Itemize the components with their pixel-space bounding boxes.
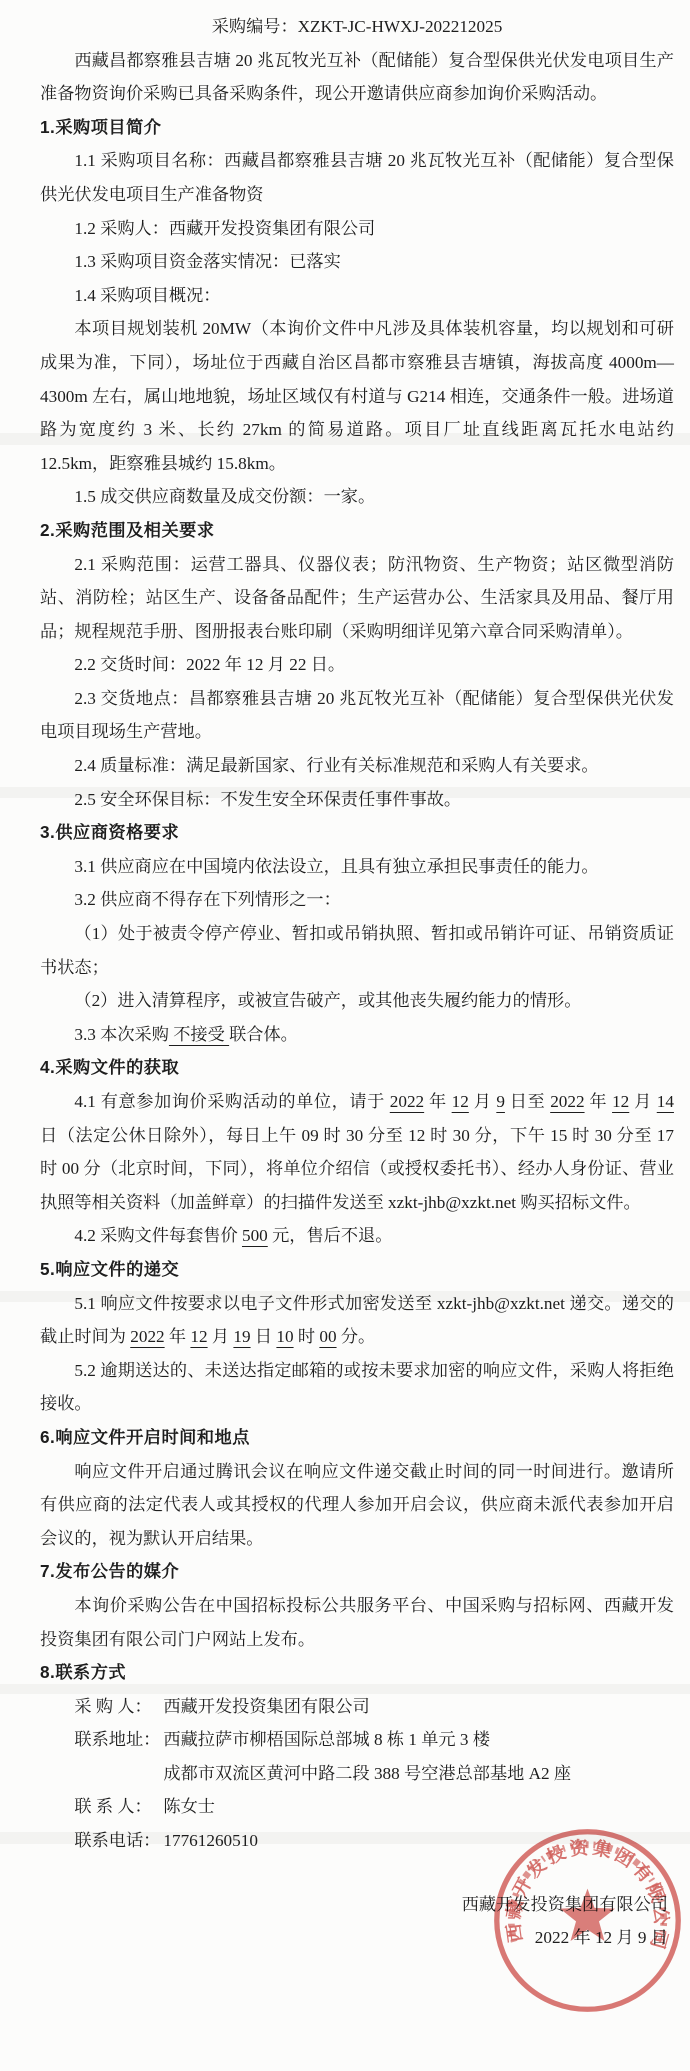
underlined-value: 12	[612, 1092, 629, 1111]
paragraph: 5.1 响应文件按要求以电子文件形式加密发送至 xzkt-jhb@xzkt.ne…	[40, 1287, 674, 1354]
contact-row: 联 系 人：陈女士	[40, 1790, 674, 1824]
text-run: 时	[294, 1327, 320, 1346]
text-run: 响应文件开启通过腾讯会议在响应文件递交截止时间的同一时间进行。邀请所有供应商的法…	[40, 1462, 674, 1548]
underlined-value: 14	[657, 1092, 674, 1111]
section-heading: 6.响应文件开启时间和地点	[40, 1421, 674, 1455]
contact-value: 17761260510	[163, 1831, 258, 1850]
text-run: 1.5 成交供应商数量及成交份额：一家。	[74, 487, 375, 506]
text-run: 元，售后不退。	[268, 1226, 393, 1245]
paragraph: 3.1 供应商应在中国境内依法设立，且具有独立承担民事责任的能力。	[40, 850, 674, 884]
text-run: 1.4 采购项目概况：	[74, 286, 220, 305]
paragraph: 4.1 有意参加询价采购活动的单位，请于 2022 年 12 月 9 日至 20…	[40, 1085, 674, 1219]
underlined-value: 12	[452, 1092, 469, 1111]
text-run: 月	[208, 1327, 234, 1346]
paragraph: 1.1 采购项目名称：西藏昌都察雅县吉塘 20 兆瓦牧光互补（配储能）复合型保供…	[40, 144, 674, 211]
paragraph: 2.1 采购范围：运营工器具、仪器仪表；防汛物资、生产物资；站区微型消防站、消防…	[40, 548, 674, 649]
paragraph: 响应文件开启通过腾讯会议在响应文件递交截止时间的同一时间进行。邀请所有供应商的法…	[40, 1455, 674, 1556]
section-heading: 2.采购范围及相关要求	[40, 514, 674, 548]
paragraph: 1.4 采购项目概况：	[40, 279, 674, 313]
section-heading: 8.联系方式	[40, 1656, 674, 1690]
text-run: 3.2 供应商不得存在下列情形之一：	[74, 890, 340, 909]
document-body: 西藏昌都察雅县吉塘 20 兆瓦牧光互补（配储能）复合型保供光伏发电项目生产准备物…	[40, 44, 674, 1858]
text-run: 1.1 采购项目名称：西藏昌都察雅县吉塘 20 兆瓦牧光互补（配储能）复合型保供…	[40, 151, 674, 204]
text-run: 月	[469, 1092, 497, 1111]
text-run: 2.1 采购范围：运营工器具、仪器仪表；防汛物资、生产物资；站区微型消防站、消防…	[40, 555, 674, 641]
text-run: 2.2 交货时间：2022 年 12 月 22 日。	[74, 655, 345, 674]
text-run: 5.2 逾期送达的、未送达指定邮箱的或按未要求加密的响应文件，采购人将拒绝接收。	[40, 1361, 674, 1414]
paragraph: 1.5 成交供应商数量及成交份额：一家。	[40, 480, 674, 514]
paragraph: 3.2 供应商不得存在下列情形之一：	[40, 883, 674, 917]
paragraph: 2.4 质量标准：满足最新国家、行业有关标准规范和采购人有关要求。	[40, 749, 674, 783]
section-heading: 1.采购项目简介	[40, 111, 674, 145]
contact-label: 联系电话：	[74, 1824, 163, 1858]
text-run: （1）处于被责令停产停业、暂扣或吊销执照、暂扣或吊销许可证、吊销资质证书状态；	[40, 924, 674, 977]
underlined-value: 不接受	[169, 1025, 229, 1044]
document-content: 采购编号：XZKT-JC-HWXJ-202212025 西藏昌都察雅县吉塘 20…	[0, 0, 690, 1955]
contact-value: 成都市双流区黄河中路二段 388 号空港总部基地 A2 座	[163, 1764, 571, 1783]
section-heading: 7.发布公告的媒介	[40, 1555, 674, 1589]
underlined-value: 19	[233, 1327, 250, 1346]
paragraph: 本询价采购公告在中国招标投标公共服务平台、中国采购与招标网、西藏开发投资集团有限…	[40, 1589, 674, 1656]
text-run: 日（法定公休日除外），每日上午 09 时 30 分至 12 时 30 分，下午 …	[40, 1126, 674, 1212]
underlined-value: 2022	[390, 1092, 424, 1111]
text-run: 西藏昌都察雅县吉塘 20 兆瓦牧光互补（配储能）复合型保供光伏发电项目生产准备物…	[40, 51, 674, 104]
paragraph: 3.3 本次采购 不接受 联合体。	[40, 1018, 674, 1052]
text-run: 年	[585, 1092, 613, 1111]
text-run: 3.1 供应商应在中国境内依法设立，且具有独立承担民事责任的能力。	[74, 857, 598, 876]
underlined-value: 00	[319, 1327, 336, 1346]
paragraph: 西藏昌都察雅县吉塘 20 兆瓦牧光互补（配储能）复合型保供光伏发电项目生产准备物…	[40, 44, 674, 111]
section-heading: 3.供应商资格要求	[40, 816, 674, 850]
paragraph: 5.2 逾期送达的、未送达指定邮箱的或按未要求加密的响应文件，采购人将拒绝接收。	[40, 1354, 674, 1421]
text-run: 4.2 采购文件每套售价	[74, 1226, 242, 1245]
underlined-value: 2022	[130, 1327, 164, 1346]
text-run: 分。	[337, 1327, 376, 1346]
paragraph: 1.2 采购人：西藏开发投资集团有限公司	[40, 212, 674, 246]
paragraph: 1.3 采购项目资金落实情况：已落实	[40, 245, 674, 279]
contact-row: 成都市双流区黄河中路二段 388 号空港总部基地 A2 座	[40, 1757, 674, 1791]
text-run: 年	[165, 1327, 191, 1346]
text-run: 1.3 采购项目资金落实情况：已落实	[74, 252, 340, 271]
contact-label: 采 购 人：	[74, 1690, 163, 1724]
text-run: 3.3 本次采购	[74, 1025, 169, 1044]
paragraph: （2）进入清算程序，或被宣告破产，或其他丧失履约能力的情形。	[40, 984, 674, 1018]
contact-value: 西藏开发投资集团有限公司	[163, 1697, 369, 1716]
text-run: 2.3 交货地点：昌都察雅县吉塘 20 兆瓦牧光互补（配储能）复合型保供光伏发电…	[40, 689, 674, 742]
underlined-value: 10	[276, 1327, 293, 1346]
text-run: 日	[251, 1327, 277, 1346]
contact-label: 联系地址：	[74, 1723, 163, 1757]
section-heading: 5.响应文件的递交	[40, 1253, 674, 1287]
contact-row: 联系地址：西藏拉萨市柳梧国际总部城 8 栋 1 单元 3 楼	[40, 1723, 674, 1757]
underlined-value: 9	[496, 1092, 505, 1111]
paragraph: 2.2 交货时间：2022 年 12 月 22 日。	[40, 648, 674, 682]
company-seal-stamp: 西藏开发投资集团有限公司	[491, 1824, 684, 2017]
underlined-value: 2022	[550, 1092, 584, 1111]
procurement-doc-number: 采购编号：XZKT-JC-HWXJ-202212025	[40, 10, 674, 44]
text-run: 2.4 质量标准：满足最新国家、行业有关标准规范和采购人有关要求。	[74, 756, 598, 775]
contact-value: 陈女士	[163, 1797, 215, 1816]
underlined-value: 12	[190, 1327, 207, 1346]
underlined-value: 500	[242, 1226, 268, 1245]
text-run: 4.1 有意参加询价采购活动的单位，请于	[74, 1092, 389, 1111]
paragraph: 2.5 安全环保目标：不发生安全环保责任事件事故。	[40, 783, 674, 817]
text-run: 联合体。	[229, 1025, 298, 1044]
scanned-procurement-notice-page: 采购编号：XZKT-JC-HWXJ-202212025 西藏昌都察雅县吉塘 20…	[0, 0, 690, 2071]
paragraph: 2.3 交货地点：昌都察雅县吉塘 20 兆瓦牧光互补（配储能）复合型保供光伏发电…	[40, 682, 674, 749]
paragraph: 4.2 采购文件每套售价 500 元，售后不退。	[40, 1219, 674, 1253]
text-run: 年	[424, 1092, 452, 1111]
section-heading: 4.采购文件的获取	[40, 1051, 674, 1085]
text-run: 月	[629, 1092, 657, 1111]
contact-value: 西藏拉萨市柳梧国际总部城 8 栋 1 单元 3 楼	[163, 1730, 490, 1749]
contact-row: 采 购 人：西藏开发投资集团有限公司	[40, 1690, 674, 1724]
text-run: 1.2 采购人：西藏开发投资集团有限公司	[74, 219, 375, 238]
seal-star-icon	[560, 1889, 615, 1941]
text-run: 2.5 安全环保目标：不发生安全环保责任事件事故。	[74, 790, 461, 809]
text-run: 本询价采购公告在中国招标投标公共服务平台、中国采购与招标网、西藏开发投资集团有限…	[40, 1596, 674, 1649]
text-run: 本项目规划装机 20MW（本询价文件中凡涉及具体装机容量，均以规划和可研成果为准…	[40, 319, 674, 472]
paragraph: 本项目规划装机 20MW（本询价文件中凡涉及具体装机容量，均以规划和可研成果为准…	[40, 312, 674, 480]
text-run: （2）进入清算程序，或被宣告破产，或其他丧失履约能力的情形。	[74, 991, 581, 1010]
paragraph: （1）处于被责令停产停业、暂扣或吊销执照、暂扣或吊销许可证、吊销资质证书状态；	[40, 917, 674, 984]
contact-label: 联 系 人：	[74, 1790, 163, 1824]
text-run: 日至	[505, 1092, 550, 1111]
